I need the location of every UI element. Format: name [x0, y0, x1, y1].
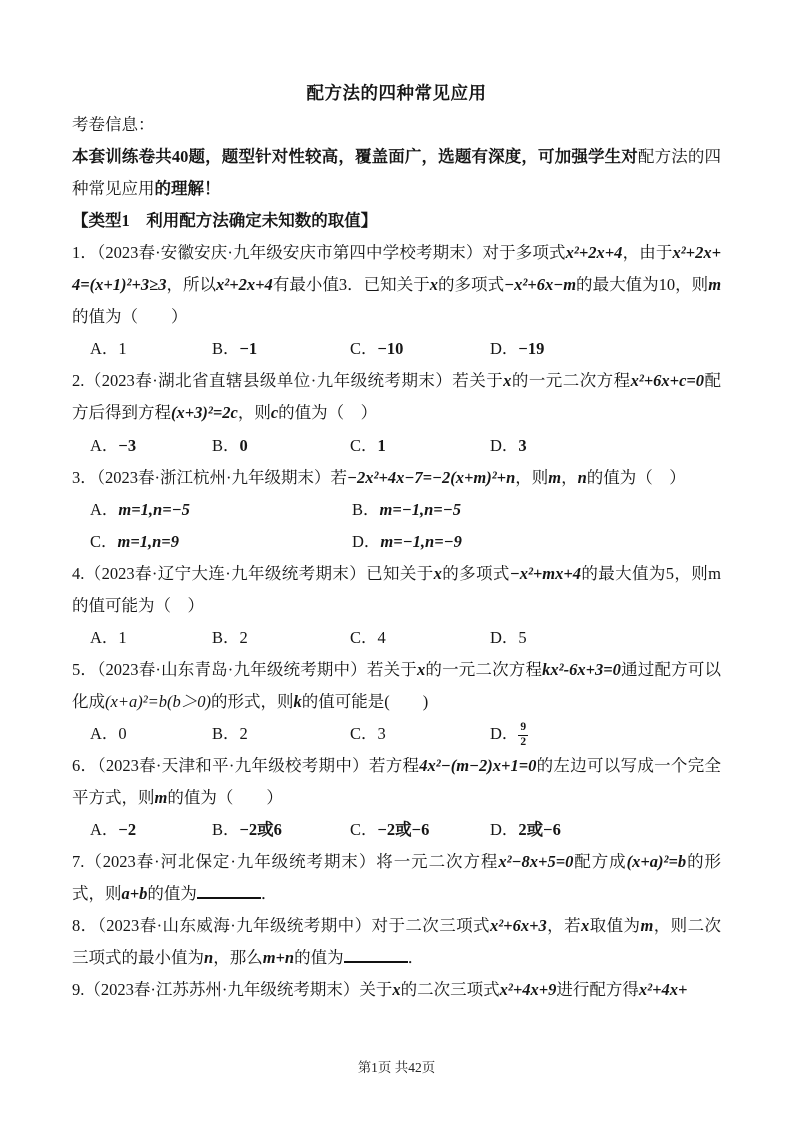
text-run: 的值可能是( ) — [302, 692, 429, 711]
option-D: D．92 — [490, 718, 721, 750]
problem-3-options: A．m=1,n=−5B．m=−1,n=−5C．m=1,n=9D．m=−1,n=−… — [72, 494, 721, 558]
text-run: ，由于 — [622, 243, 672, 262]
section-heading-type1: 【类型1 利用配方法确定未知数的取值】 — [72, 205, 721, 237]
option-label: D． — [352, 532, 380, 551]
option-label: A． — [90, 339, 118, 358]
text-run: 的多项式 — [438, 275, 504, 294]
text-run: 的二次三项式 — [401, 980, 500, 999]
text-run: −x²+mx+4 — [510, 564, 581, 583]
text-run: ，则 — [515, 468, 548, 487]
text-run: 3．（2023春·浙江杭州·九年级期末）若 — [72, 468, 347, 487]
option-A: A．1 — [90, 622, 212, 654]
text-run: 的值为 — [294, 948, 344, 967]
option-C: C．−10 — [350, 333, 490, 365]
option-label: C． — [90, 532, 118, 551]
text-run: 的值为（ ） — [167, 788, 283, 807]
text-run: 的一元二次方程 — [511, 371, 630, 390]
problem-6: 6．（2023春·天津和平·九年级校考期中）若方程4x²−(m−2)x+1=0的… — [72, 750, 721, 814]
problem-8: 8．（2023春·山东威海·九年级统考期中）对于二次三项式x²+6x+3，若x取… — [72, 910, 721, 974]
text-run: x²+4x+9 — [500, 980, 557, 999]
option-D: D．2或−6 — [490, 814, 721, 846]
option-label: A． — [90, 436, 118, 455]
text-run: n — [204, 948, 213, 967]
text-run: kx²-6x+3=0 — [542, 660, 621, 679]
answer-blank — [197, 880, 261, 899]
problem-4-options: A．1B．2C．4D．5 — [72, 622, 721, 654]
text-run: 0 — [118, 724, 126, 743]
option-A: A．−3 — [90, 430, 212, 462]
option-C: C．−2或−6 — [350, 814, 490, 846]
option-label: D． — [490, 436, 518, 455]
option-label: B． — [212, 339, 240, 358]
text-run: m=1,n=9 — [118, 532, 179, 551]
text-run: k — [294, 692, 302, 711]
option-label: A． — [90, 500, 118, 519]
fraction-numerator: 9 — [520, 721, 526, 735]
text-run: 的形式，则 — [211, 692, 294, 711]
text-run: ，所以 — [166, 275, 216, 294]
document-page: 配方法的四种常见应用 考卷信息：本套训练卷共40题，题型针对性较高，覆盖面广，选… — [0, 0, 793, 1122]
text-run: x — [434, 564, 442, 583]
text-run: 5 — [518, 628, 526, 647]
option-label: B． — [212, 436, 240, 455]
page-title: 配方法的四种常见应用 — [72, 77, 721, 109]
text-run: ． — [261, 884, 278, 903]
text-run: m — [155, 788, 168, 807]
text-run: x²+2x+4 — [566, 243, 623, 262]
problem-5: 5．（2023春·山东青岛·九年级统考期中）若关于x的一元二次方程kx²-6x+… — [72, 654, 721, 718]
text-run: −x²+6x−m — [504, 275, 576, 294]
problem-1: 1．（2023春·安徽安庆·九年级安庆市第四中学校考期末）对于多项式x²+2x+… — [72, 237, 721, 333]
text-run: ，则 — [238, 403, 271, 422]
exam-info-text: 本套训练卷共40题，题型针对性较高，覆盖面广，选题有深度，可加强学生对配方法的四… — [72, 141, 721, 205]
text-run: 4 — [378, 628, 386, 647]
text-run: 的值为（ ） — [278, 403, 377, 422]
text-run: 取值为 — [589, 916, 640, 935]
text-run: −3 — [118, 436, 136, 455]
option-A: A．1 — [90, 333, 212, 365]
text-run: 有最小值3．已知关于 — [273, 275, 430, 294]
option-label: A． — [90, 724, 118, 743]
text-run: x²+6x+3 — [490, 916, 547, 935]
option-label: C． — [350, 724, 378, 743]
text-run: −2x²+4x−7=−2(x+m)²+n — [347, 468, 515, 487]
text-run: a+b — [122, 884, 148, 903]
text-run: 2.（2023春·湖北省直辖县级单位·九年级统考期末）若关于 — [72, 371, 503, 390]
text-run: m — [640, 916, 653, 935]
text-run: 1．（2023春·安徽安庆·九年级安庆市第四中学校考期末）对于多项式 — [72, 243, 566, 262]
text-run: (x+3)²=2c — [171, 403, 238, 422]
text-run: 的值为（ ） — [587, 468, 686, 487]
text-run: 1 — [378, 436, 386, 455]
text-run: 的多项式 — [442, 564, 510, 583]
text-run: ． — [408, 948, 425, 967]
fraction-denominator: 2 — [518, 735, 528, 750]
option-label: D． — [490, 724, 518, 743]
problem-3: 3．（2023春·浙江杭州·九年级期末）若−2x²+4x−7=−2(x+m)²+… — [72, 462, 721, 494]
option-B: B．−1 — [212, 333, 350, 365]
option-label: B． — [212, 628, 240, 647]
option-B: B．−2或6 — [212, 814, 350, 846]
text-run: 的最大值为10，则 — [576, 275, 708, 294]
text-run: ，若 — [547, 916, 581, 935]
option-D: D．5 — [490, 622, 721, 654]
problem-2-options: A．−3B．0C．1D．3 — [72, 430, 721, 462]
text-run: 【类型1 利用配方法确定未知数的取值】 — [72, 211, 377, 230]
problem-2: 2.（2023春·湖北省直辖县级单位·九年级统考期末）若关于x的一元二次方程x²… — [72, 365, 721, 429]
text-run: 3 — [378, 724, 386, 743]
text-run: x²+4x+ — [639, 980, 688, 999]
text-run: (x+a)²=b(b＞0) — [105, 692, 211, 711]
option-label: B． — [212, 820, 240, 839]
text-run: 的值为 — [147, 884, 197, 903]
text-run: 8．（2023春·山东威海·九年级统考期中）对于二次三项式 — [72, 916, 490, 935]
problem-9: 9.（2023春·江苏苏州·九年级统考期末）关于x的二次三项式x²+4x+9进行… — [72, 974, 721, 1006]
text-run: −2或6 — [240, 820, 282, 839]
text-run: x — [392, 980, 400, 999]
option-C: C．m=1,n=9 — [90, 526, 352, 558]
text-run: x — [430, 275, 438, 294]
text-run: m — [548, 468, 561, 487]
option-B: B．0 — [212, 430, 350, 462]
text-run: x²−8x+5=0 — [498, 852, 573, 871]
text-run: −19 — [518, 339, 544, 358]
text-run: 配方成 — [573, 852, 626, 871]
text-run: 6．（2023春·天津和平·九年级校考期中）若方程 — [72, 756, 419, 775]
text-run: ， — [561, 468, 578, 487]
text-run: 进行配方得 — [556, 980, 639, 999]
text-run: 1 — [118, 628, 126, 647]
text-run: m+n — [263, 948, 294, 967]
text-run: −1 — [240, 339, 258, 358]
option-label: C． — [350, 628, 378, 647]
text-run: n — [578, 468, 587, 487]
option-A: A．0 — [90, 718, 212, 750]
option-label: A． — [90, 820, 118, 839]
exam-info-label: 考卷信息： — [72, 109, 721, 141]
text-run: −2 — [118, 820, 136, 839]
problem-7: 7.（2023春·河北保定·九年级统考期末）将一元二次方程x²−8x+5=0配方… — [72, 846, 721, 910]
option-label: C． — [350, 339, 378, 358]
option-B: B．2 — [212, 718, 350, 750]
text-run: m=1,n=−5 — [118, 500, 189, 519]
text-run: 3 — [518, 436, 526, 455]
problem-5-options: A．0B．2C．3D．92 — [72, 718, 721, 750]
text-run: m — [708, 275, 721, 294]
text-run: x²+6x+c=0 — [631, 371, 704, 390]
option-label: B． — [352, 500, 380, 519]
option-label: A． — [90, 628, 118, 647]
text-run: (x+a)²=b — [627, 852, 687, 871]
text-run: m=−1,n=−5 — [380, 500, 461, 519]
text-run: x — [417, 660, 425, 679]
option-D: D．3 — [490, 430, 721, 462]
document-body: 考卷信息：本套训练卷共40题，题型针对性较高，覆盖面广，选题有深度，可加强学生对… — [72, 109, 721, 1006]
option-label: C． — [350, 820, 378, 839]
text-run: 2或−6 — [518, 820, 560, 839]
answer-blank — [344, 944, 408, 963]
option-A: A．−2 — [90, 814, 212, 846]
text-run: 1 — [118, 339, 126, 358]
option-label: B． — [212, 724, 240, 743]
text-run: 4x²−(m−2)x+1=0 — [419, 756, 536, 775]
option-B: B．2 — [212, 622, 350, 654]
text-run: −2或−6 — [378, 820, 430, 839]
text-run: 考卷信息： — [72, 115, 155, 134]
text-run: 的理解！ — [155, 179, 221, 198]
text-run: 的值为（ ） — [72, 307, 188, 326]
option-C: C．3 — [350, 718, 490, 750]
text-run: −10 — [378, 339, 404, 358]
option-B: B．m=−1,n=−5 — [352, 494, 721, 526]
text-run: 9.（2023春·江苏苏州·九年级统考期末）关于 — [72, 980, 392, 999]
problem-4: 4.（2023春·辽宁大连·九年级统考期末）已知关于x的多项式−x²+mx+4的… — [72, 558, 721, 622]
option-A: A．m=1,n=−5 — [90, 494, 352, 526]
text-run: m=−1,n=−9 — [380, 532, 461, 551]
text-run: 2 — [240, 724, 248, 743]
problem-1-options: A．1B．−1C．−10D．−19 — [72, 333, 721, 365]
text-run: 本套训练卷共40题，题型针对性较高，覆盖面广，选题有深度，可加强学生对 — [72, 147, 638, 166]
option-label: D． — [490, 628, 518, 647]
option-label: D． — [490, 339, 518, 358]
fraction: 92 — [518, 721, 528, 750]
text-run: 5．（2023春·山东青岛·九年级统考期中）若关于 — [72, 660, 417, 679]
option-D: D．m=−1,n=−9 — [352, 526, 721, 558]
option-label: C． — [350, 436, 378, 455]
page-footer: 第1页 共42页 — [0, 1056, 793, 1076]
text-run: 0 — [240, 436, 248, 455]
text-run: 7.（2023春·河北保定·九年级统考期末）将一元二次方程 — [72, 852, 498, 871]
text-run: ，那么 — [213, 948, 263, 967]
option-C: C．1 — [350, 430, 490, 462]
option-label: D． — [490, 820, 518, 839]
text-run: 4.（2023春·辽宁大连·九年级统考期末）已知关于 — [72, 564, 434, 583]
option-C: C．4 — [350, 622, 490, 654]
problem-6-options: A．−2B．−2或6C．−2或−6D．2或−6 — [72, 814, 721, 846]
text-run: x²+2x+4 — [216, 275, 273, 294]
text-run: 的一元二次方程 — [425, 660, 542, 679]
text-run: 2 — [240, 628, 248, 647]
option-D: D．−19 — [490, 333, 721, 365]
